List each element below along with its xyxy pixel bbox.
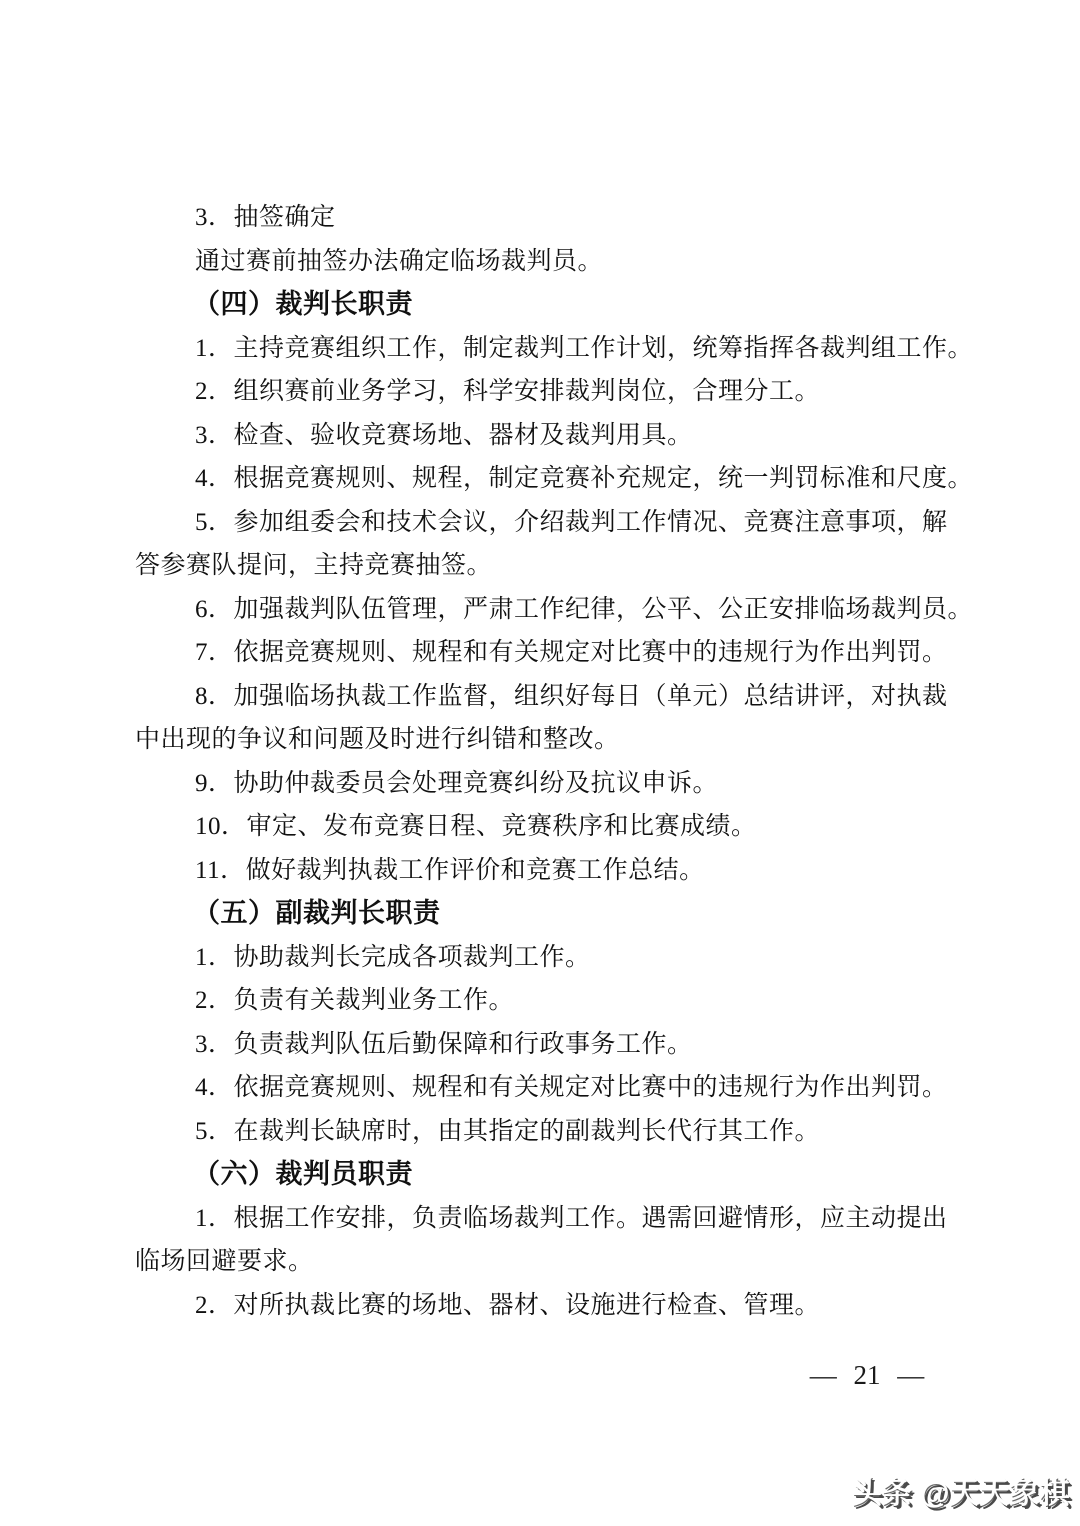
text-line: 答参赛队提问，主持竞赛抽签。: [135, 544, 959, 588]
text-line: 3．负责裁判队伍后勤保障和行政事务工作。: [135, 1023, 959, 1067]
section-heading: （五）副裁判长职责: [135, 892, 959, 936]
text-line: 5．在裁判长缺席时，由其指定的副裁判长代行其工作。: [135, 1110, 959, 1154]
section-heading: （四）裁判长职责: [135, 283, 959, 327]
text-line: 4．依据竞赛规则、规程和有关规定对比赛中的违规行为作出判罚。: [135, 1066, 959, 1110]
section-heading: （六）裁判员职责: [135, 1153, 959, 1197]
document-body: 3．抽签确定 通过赛前抽签办法确定临场裁判员。 （四）裁判长职责 1．主持竞赛组…: [135, 196, 959, 1327]
text-line: 4．根据竞赛规则、规程，制定竞赛补充规定，统一判罚标准和尺度。: [135, 457, 959, 501]
text-line: 5．参加组委会和技术会议，介绍裁判工作情况、竞赛注意事项，解: [135, 501, 959, 545]
text-line: 2．对所执裁比赛的场地、器材、设施进行检查、管理。: [135, 1284, 959, 1328]
text-line: 3．检查、验收竞赛场地、器材及裁判用具。: [135, 414, 959, 458]
text-line: 8．加强临场执裁工作监督，组织好每日（单元）总结讲评，对执裁: [135, 675, 959, 719]
page-number: — 21 —: [807, 1360, 927, 1391]
text-line: 7．依据竞赛规则、规程和有关规定对比赛中的违规行为作出判罚。: [135, 631, 959, 675]
text-line: 2．组织赛前业务学习，科学安排裁判岗位，合理分工。: [135, 370, 959, 414]
text-line: 1．主持竞赛组织工作，制定裁判工作计划，统筹指挥各裁判组工作。: [135, 327, 959, 371]
text-line: 通过赛前抽签办法确定临场裁判员。: [135, 240, 959, 284]
text-line: 2．负责有关裁判业务工作。: [135, 979, 959, 1023]
text-line: 9．协助仲裁委员会处理竞赛纠纷及抗议申诉。: [135, 762, 959, 806]
text-line: 1．协助裁判长完成各项裁判工作。: [135, 936, 959, 980]
text-line: 1．根据工作安排，负责临场裁判工作。遇需回避情形，应主动提出: [135, 1197, 959, 1241]
text-line: 中出现的争议和问题及时进行纠错和整改。: [135, 718, 959, 762]
document-page: 3．抽签确定 通过赛前抽签办法确定临场裁判员。 （四）裁判长职责 1．主持竞赛组…: [0, 0, 1080, 1526]
watermark: 头条 @天天象棋: [852, 1468, 1070, 1512]
text-line: 6．加强裁判队伍管理，严肃工作纪律，公平、公正安排临场裁判员。: [135, 588, 959, 632]
text-line: 11．做好裁判执裁工作评价和竞赛工作总结。: [135, 849, 959, 893]
text-line: 10．审定、发布竞赛日程、竞赛秩序和比赛成绩。: [135, 805, 959, 849]
text-line: 3．抽签确定: [135, 196, 959, 240]
text-line: 临场回避要求。: [135, 1240, 959, 1284]
